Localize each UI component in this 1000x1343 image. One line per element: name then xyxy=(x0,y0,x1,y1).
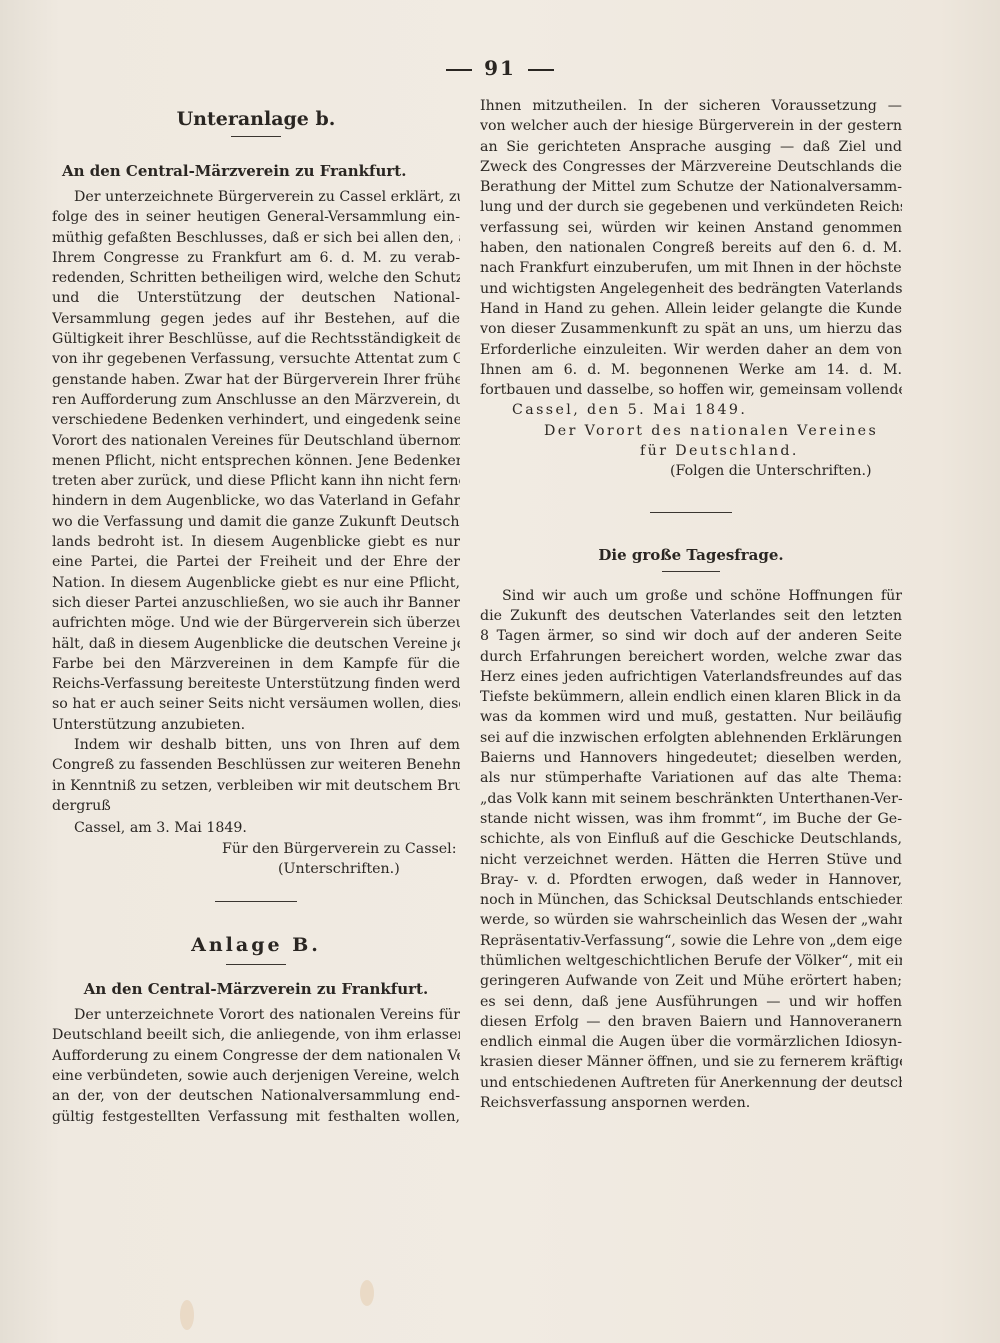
text-line: Vorort des nationalen Vereines für Deuts… xyxy=(52,431,460,451)
text-line: Versammlung gegen jedes auf ihr Bestehen… xyxy=(52,309,460,329)
right-column: Ihnen mitzutheilen. In der sicheren Vora… xyxy=(480,96,902,1113)
text-line: lands bedroht ist. In diesem Augenblicke… xyxy=(52,532,460,552)
text-line: und wichtigsten Angelegenheit des bedrän… xyxy=(480,279,902,299)
text-line: es sei denn, daß jene Ausführungen — und… xyxy=(480,992,902,1012)
text-line: diesen Erfolg — den braven Baiern und Ha… xyxy=(480,1012,902,1032)
article-title: Die große Tagesfrage. xyxy=(480,543,902,567)
text-line: werde, so würden sie wahrscheinlich das … xyxy=(480,910,902,930)
text-line: Nation. In diesem Augenblicke giebt es n… xyxy=(52,573,460,593)
anlage-signatures: (Folgen die Unterschriften.) xyxy=(480,461,902,481)
anlage-address: An den Central-Märzverein zu Frankfurt. xyxy=(52,977,460,1001)
text-line: Erforderliche einzuleiten. Wir werden da… xyxy=(480,340,902,360)
text-line: von welcher auch der hiesige Bürgerverei… xyxy=(480,116,902,136)
text-line: Zweck des Congresses der Märzvereine Deu… xyxy=(480,157,902,177)
text-line: eine Partei, die Partei der Freiheit und… xyxy=(52,552,460,572)
text-line: genstande haben. Zwar hat der Bürgervere… xyxy=(52,370,460,390)
text-line: Ihrem Congresse zu Frankfurt am 6. d. M.… xyxy=(52,248,460,268)
text-line: Congreß zu fassenden Beschlüssen zur wei… xyxy=(52,755,460,775)
text-line: nicht verzeichnet werden. Hätten die Her… xyxy=(480,850,902,870)
text-line: in Kenntniß zu setzen, verbleiben wir mi… xyxy=(52,776,460,796)
text-line: Der unterzeichnete Bürgerverein zu Casse… xyxy=(52,187,460,207)
text-line: durch Erfahrungen bereichert worden, wel… xyxy=(480,647,902,667)
text-line: Gültigkeit ihrer Beschlüsse, auf die Rec… xyxy=(52,329,460,349)
text-line: als nur stümperhafte Variationen auf das… xyxy=(480,768,902,788)
text-line: verschiedene Bedenken verhindert, und ei… xyxy=(52,410,460,430)
text-line: und entschiedenen Auftreten für Anerkenn… xyxy=(480,1073,902,1093)
anlage-signature-line-2: für Deutschland. xyxy=(480,441,902,461)
page-number-text: 91 xyxy=(484,56,516,80)
text-line: gültig festgestellten Verfassung mit fes… xyxy=(52,1107,460,1127)
text-line: Berathung der Mittel zum Schutze der Nat… xyxy=(480,177,902,197)
section-rule xyxy=(650,512,732,513)
unteranlage-body: Der unterzeichnete Bürgerverein zu Casse… xyxy=(52,187,460,816)
unteranlage-date: Cassel, am 3. Mai 1849. xyxy=(52,818,460,838)
page-number-dash xyxy=(528,69,554,71)
text-line: Indem wir deshalb bitten, uns von Ihren … xyxy=(52,735,460,755)
text-line: noch in München, das Schicksal Deutschla… xyxy=(480,890,902,910)
text-line: nach Frankfurt einzuberufen, um mit Ihne… xyxy=(480,258,902,278)
title-rule xyxy=(231,136,281,137)
text-line: lung und der durch sie gegebenen und ver… xyxy=(480,197,902,217)
title-rule xyxy=(662,571,720,572)
text-line: Herz eines jeden aufrichtigen Vaterlands… xyxy=(480,667,902,687)
unteranlage-title: Unteranlage b. xyxy=(52,104,460,134)
page-number-dash xyxy=(446,69,472,71)
text-line: Tiefste bekümmern, allein endlich einen … xyxy=(480,687,902,707)
text-line: wo die Verfassung und damit die ganze Zu… xyxy=(52,512,460,532)
text-line: Repräsentativ-Verfassung“, sowie die Leh… xyxy=(480,931,902,951)
unteranlage-signatures: (Unterschriften.) xyxy=(52,859,460,879)
text-line: Aufforderung zu einem Congresse der dem … xyxy=(52,1046,460,1066)
newspaper-page: 91 Unteranlage b. An den Central-Märzver… xyxy=(0,0,1000,1343)
unteranlage-signature-line: Für den Bürgerverein zu Cassel: xyxy=(52,839,460,859)
text-line: hindern in dem Augenblicke, wo das Vater… xyxy=(52,491,460,511)
text-line: die Zukunft des deutschen Vaterlandes se… xyxy=(480,606,902,626)
text-line: Ihnen mitzutheilen. In der sicheren Vora… xyxy=(480,96,902,116)
text-line: redenden, Schritten betheiligen wird, we… xyxy=(52,268,460,288)
text-line: Sind wir auch um große und schöne Hoffnu… xyxy=(480,586,902,606)
anlage-signature-line-1: Der Vorort des nationalen Vereines xyxy=(480,421,902,441)
text-line: „das Volk kann mit seinem beschränkten U… xyxy=(480,789,902,809)
text-line: sei auf die inzwischen erfolgten ablehne… xyxy=(480,728,902,748)
text-line: an Sie gerichteten Ansprache ausging — d… xyxy=(480,137,902,157)
left-column: Unteranlage b. An den Central-Märzverein… xyxy=(52,96,460,1127)
text-line: hält, daß in diesem Augenblicke die deut… xyxy=(52,634,460,654)
text-line: fortbauen und dasselbe, so hoffen wir, g… xyxy=(480,380,902,400)
text-line: was da kommen wird und muß, gestatten. N… xyxy=(480,707,902,727)
page-number: 91 xyxy=(0,56,1000,80)
text-line: geringeren Aufwande von Zeit und Mühe er… xyxy=(480,971,902,991)
text-line: verfassung sei, würden wir keinen Anstan… xyxy=(480,218,902,238)
anlage-continued-body: Ihnen mitzutheilen. In der sicheren Vora… xyxy=(480,96,902,400)
text-line: sich dieser Partei anzuschließen, wo sie… xyxy=(52,593,460,613)
text-line: an der, von der deutschen Nationalversam… xyxy=(52,1086,460,1106)
text-line: eine verbündeten, sowie auch derjenigen … xyxy=(52,1066,460,1086)
text-line: 8 Tagen ärmer, so sind wir doch auf der … xyxy=(480,626,902,646)
text-line: ren Aufforderung zum Anschlusse an den M… xyxy=(52,390,460,410)
text-line: Farbe bei den Märzvereinen in dem Kampfe… xyxy=(52,654,460,674)
unteranlage-address: An den Central-Märzverein zu Frankfurt. xyxy=(52,159,460,183)
text-line: Der unterzeichnete Vorort des nationalen… xyxy=(52,1005,460,1025)
text-line: Reichs-Verfassung bereiteste Unterstützu… xyxy=(52,674,460,694)
section-rule xyxy=(215,901,297,902)
paper-stain xyxy=(180,1300,194,1330)
text-line: Hand in Hand zu gehen. Allein leider gel… xyxy=(480,299,902,319)
text-line: Ihnen am 6. d. M. begonnenen Werke am 14… xyxy=(480,360,902,380)
text-line: Reichsverfassung anspornen werden. xyxy=(480,1093,902,1113)
text-line: von ihr gegebenen Verfassung, versuchte … xyxy=(52,349,460,369)
text-line: thümlichen weltgeschichtlichen Berufe de… xyxy=(480,951,902,971)
title-rule xyxy=(226,964,286,965)
text-line: stande nicht wissen, was ihm frommt“, im… xyxy=(480,809,902,829)
text-line: Baierns und Hannovers hingedeutet; diese… xyxy=(480,748,902,768)
anlage-title: Anlage B. xyxy=(52,930,460,960)
text-line: so hat er auch seiner Seits nicht versäu… xyxy=(52,694,460,714)
paper-stain xyxy=(360,1280,374,1306)
text-line: und die Unterstützung der deutschen Nati… xyxy=(52,288,460,308)
text-line: endlich einmal die Augen über die vormär… xyxy=(480,1032,902,1052)
text-line: treten aber zurück, und diese Pflicht ka… xyxy=(52,471,460,491)
text-line: krasien dieser Männer öffnen, und sie zu… xyxy=(480,1052,902,1072)
text-line: Bray- v. d. Pfordten erwogen, daß weder … xyxy=(480,870,902,890)
text-line: haben, den nationalen Congreß bereits au… xyxy=(480,238,902,258)
text-line: folge des in seiner heutigen General-Ver… xyxy=(52,207,460,227)
text-line: dergruß xyxy=(52,796,460,816)
text-line: aufrichten möge. Und wie der Bürgerverei… xyxy=(52,613,460,633)
anlage-body: Der unterzeichnete Vorort des nationalen… xyxy=(52,1005,460,1127)
text-line: menen Pflicht, nicht entsprechen können.… xyxy=(52,451,460,471)
text-line: von dieser Zusammenkunft zu spät an uns,… xyxy=(480,319,902,339)
text-line: Unterstützung anzubieten. xyxy=(52,715,460,735)
article-body: Sind wir auch um große und schöne Hoffnu… xyxy=(480,586,902,1114)
text-line: Deutschland beeilt sich, die anliegende,… xyxy=(52,1025,460,1045)
text-line: müthig gefaßten Beschlusses, daß er sich… xyxy=(52,228,460,248)
anlage-date: Cassel, den 5. Mai 1849. xyxy=(480,400,902,420)
text-line: schichte, als von Einfluß auf die Geschi… xyxy=(480,829,902,849)
